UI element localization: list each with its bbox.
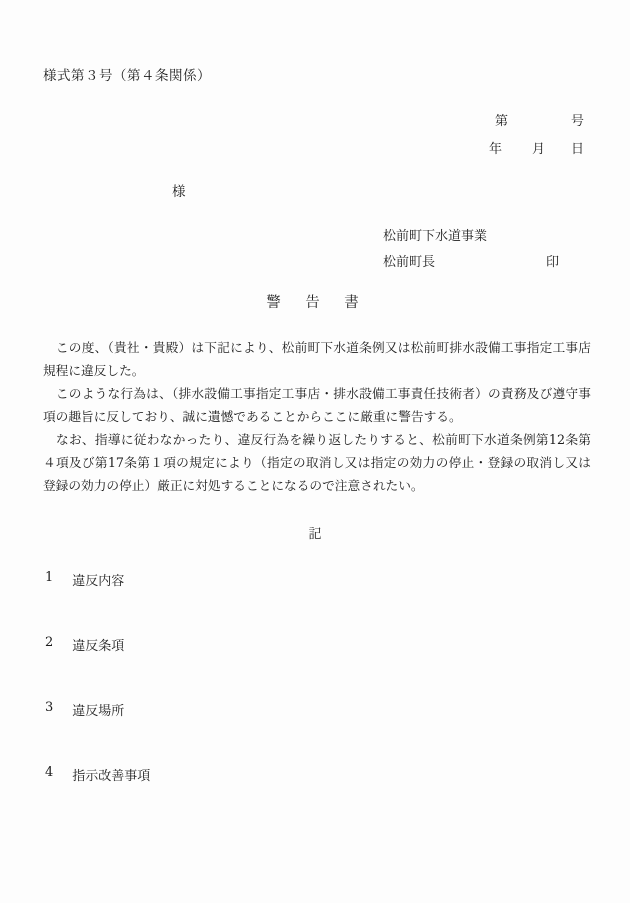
date-year-label: 年 bbox=[489, 138, 502, 157]
item-improvement-instructions: 4 指示改善事項 bbox=[45, 765, 150, 784]
item-violated-provision: 2 違反条項 bbox=[45, 635, 124, 654]
seal-placeholder: 印 bbox=[546, 250, 559, 276]
paragraph-consequences: なお、指導に従わなかったり、違反行為を繰り返したりすると、松前町下水道条例第12… bbox=[43, 428, 591, 497]
item-number: 3 bbox=[45, 700, 53, 719]
doc-number-prefix: 第 bbox=[495, 110, 508, 129]
item-label: 違反内容 bbox=[72, 570, 124, 589]
body-text: この度、（貴社・貴殿）は下記により、松前町下水道条例又は松前町排水設備工事指定工… bbox=[43, 336, 591, 497]
date-day-label: 日 bbox=[571, 138, 584, 157]
item-label: 違反場所 bbox=[72, 700, 124, 719]
sender-signature-line: 松前町長 印 bbox=[383, 250, 559, 276]
item-label: 指示改善事項 bbox=[72, 765, 150, 784]
paragraph-violation: この度、（貴社・貴殿）は下記により、松前町下水道条例又は松前町排水設備工事指定工… bbox=[43, 336, 591, 382]
warning-letter-page: 様式第３号（第４条関係） 第 号 年 月 日 様 松前町下水道事業 松前町長 印… bbox=[0, 0, 630, 903]
item-number: 2 bbox=[45, 635, 53, 654]
record-marker: 記 bbox=[0, 523, 630, 542]
sender-organization: 松前町下水道事業 bbox=[383, 224, 559, 250]
form-number: 様式第３号（第４条関係） bbox=[43, 64, 211, 84]
item-number: 1 bbox=[45, 570, 53, 589]
paragraph-warning: このような行為は、（排水設備工事指定工事店・排水設備工事責任技術者）の責務及び遵… bbox=[43, 382, 591, 428]
item-violation-content: 1 違反内容 bbox=[45, 570, 124, 589]
date-month-label: 月 bbox=[532, 138, 545, 157]
recipient-honorific: 様 bbox=[172, 180, 186, 200]
doc-number-line: 第 号 bbox=[495, 110, 584, 129]
item-violation-location: 3 違反場所 bbox=[45, 700, 124, 719]
sender-signer-title: 松前町長 bbox=[383, 250, 435, 276]
doc-number-suffix: 号 bbox=[571, 110, 584, 129]
document-title: 警 告 書 bbox=[0, 291, 630, 312]
sender-block: 松前町下水道事業 松前町長 印 bbox=[383, 224, 559, 275]
item-number: 4 bbox=[45, 765, 53, 784]
item-label: 違反条項 bbox=[72, 635, 124, 654]
date-line: 年 月 日 bbox=[489, 138, 584, 157]
